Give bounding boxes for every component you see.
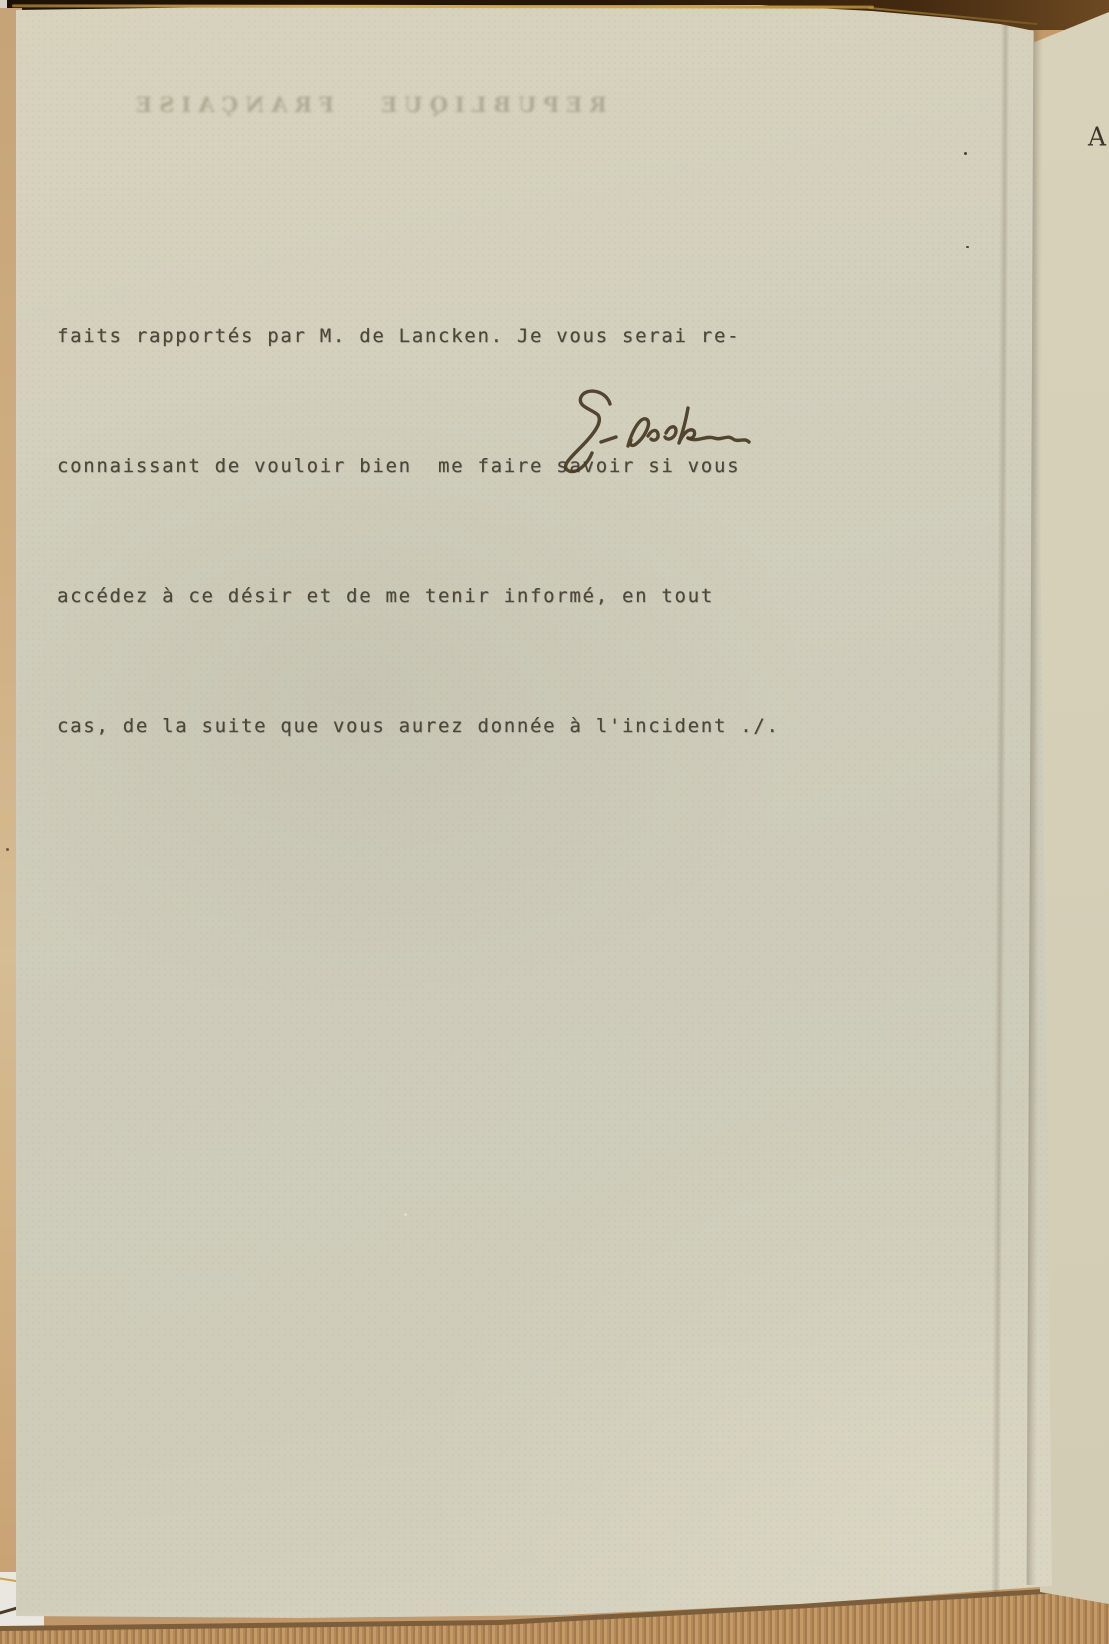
dust-speck <box>404 1213 407 1216</box>
bleedthrough-letterhead: REPUBLIQUE FRANÇAISE <box>118 92 618 134</box>
typed-letter-body: faits rapportés par M. de Lancken. Je vo… <box>57 228 837 836</box>
dust-speck <box>966 246 969 248</box>
signature-ink <box>536 382 754 474</box>
printed-letter-a: A <box>1088 121 1106 151</box>
typed-line-1: faits rapportés par M. de Lancken. Je vo… <box>57 315 837 358</box>
handwritten-signature <box>536 382 754 474</box>
dust-speck <box>964 152 967 155</box>
typed-line-4: cas, de la suite que vous aurez donnée à… <box>57 705 837 748</box>
scanned-document-photo: A REPUBLIQUE FRANÇAISE faits rapportés p… <box>0 0 1109 1644</box>
typed-line-3: accédez à ce désir et de me tenir inform… <box>57 575 837 618</box>
dust-speck <box>6 848 9 851</box>
